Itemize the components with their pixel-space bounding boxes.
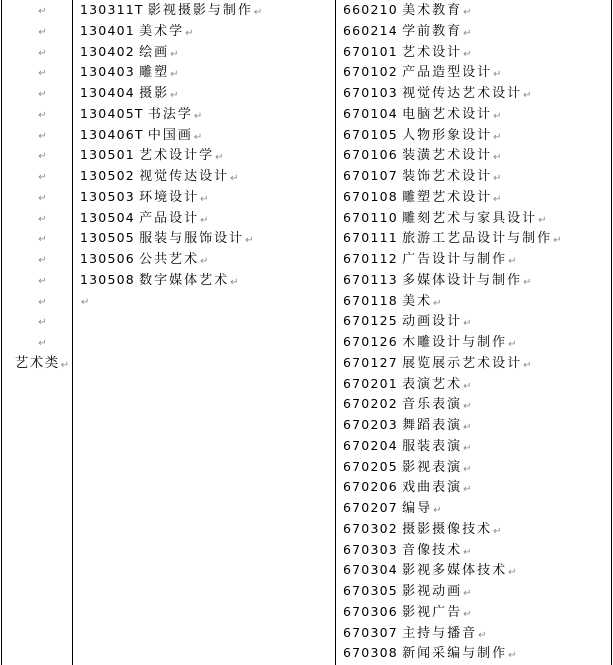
paragraph-mark-icon: ↵ [38, 48, 46, 59]
major-name: 舞蹈表演 [402, 418, 462, 433]
major-code: 670125 [343, 313, 398, 328]
major-table: ↵↵↵↵↵↵↵↵↵↵↵↵↵↵↵↵↵艺术类↵ 130311T 影视摄影与制作↵13… [0, 0, 613, 665]
paragraph-mark-icon: ↵ [38, 68, 46, 79]
empty-paragraph-row: ↵ [2, 83, 72, 104]
major-name: 美术 [402, 294, 432, 309]
paragraph-mark-icon: ↵ [493, 152, 501, 163]
paragraph-mark-icon: ↵ [538, 215, 546, 226]
major-row: 670118 美术↵ [336, 291, 611, 312]
undergraduate-major-column: 130311T 影视摄影与制作↵130401 美术学↵130402 绘画↵130… [73, 0, 335, 311]
vocational-major-column: 660210 美术教育↵660214 学前教育↵670101 艺术设计↵6701… [336, 0, 611, 664]
major-row: 670304 影视多媒体技术↵ [336, 560, 611, 581]
major-code: 670113 [343, 272, 398, 287]
major-name: 多媒体设计与制作 [402, 273, 522, 288]
major-row: 670111 旅游工艺品设计与制作↵ [336, 228, 611, 249]
empty-paragraph-row: ↵ [2, 0, 72, 21]
paragraph-mark-icon: ↵ [493, 194, 501, 205]
major-name: 艺术设计 [402, 45, 462, 60]
major-row: 670205 影视表演↵ [336, 457, 611, 478]
major-name: 电脑艺术设计 [402, 107, 492, 122]
major-row: 130505 服装与服饰设计↵ [73, 228, 335, 249]
major-name: 旅游工艺品设计与制作 [402, 231, 552, 246]
empty-paragraph-row: ↵ [2, 270, 72, 291]
major-code: 670307 [343, 625, 398, 640]
major-code: 670302 [343, 521, 398, 536]
empty-paragraph-row: ↵ [2, 291, 72, 312]
paragraph-mark-icon: ↵ [463, 401, 471, 412]
major-code: 670305 [343, 583, 398, 598]
paragraph-mark-icon: ↵ [463, 381, 471, 392]
major-code: 670203 [343, 417, 398, 432]
paragraph-mark-icon: ↵ [38, 276, 46, 287]
major-code: 670112 [343, 251, 398, 266]
major-row: 660214 学前教育↵ [336, 21, 611, 42]
paragraph-mark-icon: ↵ [230, 277, 238, 288]
major-row: 670103 视觉传达艺术设计↵ [336, 83, 611, 104]
major-row: 670105 人物形象设计↵ [336, 125, 611, 146]
empty-paragraph-row: ↵ [2, 104, 72, 125]
empty-paragraph-row: ↵ [2, 125, 72, 146]
paragraph-mark-icon: ↵ [61, 360, 69, 371]
major-row: 670207 编导↵ [336, 498, 611, 519]
major-row: 670302 摄影摄像技术↵ [336, 519, 611, 540]
paragraph-mark-icon: ↵ [194, 132, 202, 143]
major-code: 670201 [343, 376, 398, 391]
paragraph-mark-icon: ↵ [463, 609, 471, 620]
major-name: 视觉传达艺术设计 [402, 86, 522, 101]
major-code: 670107 [343, 168, 398, 183]
major-code: 130508 [80, 272, 135, 287]
major-name: 雕塑艺术设计 [402, 190, 492, 205]
major-row: 670307 主持与播音↵ [336, 623, 611, 644]
empty-paragraph-row: ↵ [2, 21, 72, 42]
major-code: 670127 [343, 355, 398, 370]
paragraph-mark-icon: ↵ [463, 318, 471, 329]
empty-paragraph-row: ↵ [2, 42, 72, 63]
major-name: 装饰艺术设计 [402, 169, 492, 184]
major-code: 660214 [343, 23, 398, 38]
paragraph-mark-icon: ↵ [493, 111, 501, 122]
major-row: 670101 艺术设计↵ [336, 42, 611, 63]
paragraph-mark-icon: ↵ [523, 277, 531, 288]
major-name: 编导 [402, 501, 432, 516]
paragraph-mark-icon: ↵ [38, 89, 46, 100]
major-code: 670207 [343, 500, 398, 515]
major-row: 670303 音像技术↵ [336, 540, 611, 561]
empty-paragraph-row: ↵ [2, 311, 72, 332]
major-row: 130405T 书法学↵ [73, 104, 335, 125]
paragraph-mark-icon: ↵ [170, 90, 178, 101]
empty-paragraph-row: ↵ [2, 62, 72, 83]
major-name: 艺术设计学 [139, 148, 214, 163]
major-code: 670204 [343, 438, 398, 453]
paragraph-mark-icon: ↵ [38, 151, 46, 162]
major-code: 130403 [80, 64, 135, 79]
major-name: 影视表演 [402, 460, 462, 475]
paragraph-mark-icon: ↵ [508, 567, 516, 578]
category-label: 艺术类 [15, 355, 60, 371]
paragraph-mark-icon: ↵ [38, 338, 46, 349]
empty-paragraph-row: ↵ [2, 208, 72, 229]
major-code: 130503 [80, 189, 135, 204]
major-row: 670201 表演艺术↵ [336, 374, 611, 395]
major-name: 人物形象设计 [402, 128, 492, 143]
paragraph-mark-icon: ↵ [200, 256, 208, 267]
paragraph-mark-icon: ↵ [463, 7, 471, 18]
major-name: 广告设计与制作 [402, 252, 507, 267]
major-row: 670102 产品造型设计↵ [336, 62, 611, 83]
major-code: 670205 [343, 459, 398, 474]
major-row: 670308 新闻采编与制作↵ [336, 643, 611, 664]
major-name: 视觉传达设计 [139, 169, 229, 184]
paragraph-mark-icon: ↵ [553, 235, 561, 246]
major-row: 670110 雕刻艺术与家具设计↵ [336, 208, 611, 229]
major-code: 670105 [343, 127, 398, 142]
paragraph-mark-icon: ↵ [38, 317, 46, 328]
major-name: 数字媒体艺术 [139, 273, 229, 288]
empty-paragraph-row: ↵ [2, 187, 72, 208]
empty-paragraph-row: ↵ [2, 145, 72, 166]
major-name: 音乐表演 [402, 397, 462, 412]
major-row: 130506 公共艺术↵ [73, 249, 335, 270]
major-name: 木雕设计与制作 [402, 335, 507, 350]
major-name: 产品设计 [139, 211, 199, 226]
paragraph-mark-icon: ↵ [200, 215, 208, 226]
category-column: ↵↵↵↵↵↵↵↵↵↵↵↵↵↵↵↵↵艺术类↵ [2, 0, 72, 374]
paragraph-mark-icon: ↵ [433, 298, 441, 309]
paragraph-mark-icon: ↵ [38, 297, 46, 308]
major-code: 670202 [343, 396, 398, 411]
paragraph-mark-icon: ↵ [463, 49, 471, 60]
major-name: 雕刻艺术与家具设计 [402, 211, 537, 226]
major-name: 中国画 [148, 128, 193, 143]
major-name: 美术学 [139, 24, 184, 39]
empty-paragraph-row: ↵ [2, 249, 72, 270]
major-code: 130505 [80, 230, 135, 245]
major-name: 影视广告 [402, 605, 462, 620]
paragraph-mark-icon: ↵ [38, 27, 46, 38]
paragraph-mark-icon: ↵ [463, 464, 471, 475]
major-name: 影视动画 [402, 584, 462, 599]
major-row: 670125 动画设计↵ [336, 311, 611, 332]
major-name: 装潢艺术设计 [402, 148, 492, 163]
major-name: 绘画 [139, 45, 169, 60]
major-row: 660210 美术教育↵ [336, 0, 611, 21]
paragraph-mark-icon: ↵ [230, 173, 238, 184]
major-row: 130403 雕塑↵ [73, 62, 335, 83]
major-row: 670107 装饰艺术设计↵ [336, 166, 611, 187]
paragraph-mark-icon: ↵ [463, 484, 471, 495]
major-row: 130404 摄影↵ [73, 83, 335, 104]
major-name: 主持与播音 [402, 626, 477, 641]
major-name: 新闻采编与制作 [402, 646, 507, 661]
paragraph-mark-icon: ↵ [508, 256, 516, 267]
major-row: 670106 装潢艺术设计↵ [336, 145, 611, 166]
paragraph-mark-icon: ↵ [170, 49, 178, 60]
major-row: 670203 舞蹈表演↵ [336, 415, 611, 436]
empty-paragraph-row: ↵ [2, 228, 72, 249]
major-name: 展览展示艺术设计 [402, 356, 522, 371]
major-row: 670108 雕塑艺术设计↵ [336, 187, 611, 208]
empty-paragraph-row: ↵ [2, 166, 72, 187]
major-code: 660210 [343, 2, 398, 17]
empty-paragraph-row: ↵ [2, 332, 72, 353]
major-code: 670206 [343, 479, 398, 494]
major-code: 670126 [343, 334, 398, 349]
paragraph-mark-icon: ↵ [463, 547, 471, 558]
paragraph-mark-icon: ↵ [38, 6, 46, 17]
major-name: 公共艺术 [139, 252, 199, 267]
major-code: 670108 [343, 189, 398, 204]
paragraph-mark-icon: ↵ [493, 173, 501, 184]
major-row: 130311T 影视摄影与制作↵ [73, 0, 335, 21]
major-code: 130504 [80, 210, 135, 225]
major-name: 服装表演 [402, 439, 462, 454]
major-code: 670306 [343, 604, 398, 619]
paragraph-mark-icon: ↵ [508, 650, 516, 661]
major-row: 670104 电脑艺术设计↵ [336, 104, 611, 125]
major-code: 670103 [343, 85, 398, 100]
major-row: ↵ [73, 291, 335, 312]
major-code: 670303 [343, 542, 398, 557]
major-code: 670104 [343, 106, 398, 121]
major-row: 670113 多媒体设计与制作↵ [336, 270, 611, 291]
major-row: 670306 影视广告↵ [336, 602, 611, 623]
major-code: 130311T [80, 2, 144, 17]
major-row: 670204 服装表演↵ [336, 436, 611, 457]
major-name: 学前教育 [402, 24, 462, 39]
paragraph-mark-icon: ↵ [245, 235, 253, 246]
paragraph-mark-icon: ↵ [463, 443, 471, 454]
paragraph-mark-icon: ↵ [38, 172, 46, 183]
paragraph-mark-icon: ↵ [170, 69, 178, 80]
major-row: 670126 木雕设计与制作↵ [336, 332, 611, 353]
major-name: 美术教育 [402, 3, 462, 18]
major-row: 130508 数字媒体艺术↵ [73, 270, 335, 291]
major-code: 130404 [80, 85, 135, 100]
category-row: 艺术类↵ [2, 353, 72, 374]
major-row: 670202 音乐表演↵ [336, 394, 611, 415]
paragraph-mark-icon: ↵ [38, 131, 46, 142]
major-code: 670106 [343, 147, 398, 162]
major-row: 130406T 中国画↵ [73, 125, 335, 146]
paragraph-mark-icon: ↵ [38, 255, 46, 266]
paragraph-mark-icon: ↵ [38, 193, 46, 204]
major-name: 表演艺术 [402, 377, 462, 392]
major-name: 服装与服饰设计 [139, 231, 244, 246]
major-code: 130405T [80, 106, 144, 121]
paragraph-mark-icon: ↵ [254, 7, 262, 18]
paragraph-mark-icon: ↵ [200, 194, 208, 205]
major-name: 环境设计 [139, 190, 199, 205]
paragraph-mark-icon: ↵ [463, 28, 471, 39]
major-code: 130506 [80, 251, 135, 266]
paragraph-mark-icon: ↵ [81, 297, 89, 308]
major-name: 产品造型设计 [402, 65, 492, 80]
major-row: 670206 戏曲表演↵ [336, 477, 611, 498]
major-code: 130502 [80, 168, 135, 183]
paragraph-mark-icon: ↵ [478, 630, 486, 641]
paragraph-mark-icon: ↵ [38, 234, 46, 245]
major-name: 雕塑 [139, 65, 169, 80]
major-code: 670110 [343, 210, 398, 225]
major-row: 130502 视觉传达设计↵ [73, 166, 335, 187]
major-name: 影视摄影与制作 [148, 3, 253, 18]
major-name: 动画设计 [402, 314, 462, 329]
major-row: 670305 影视动画↵ [336, 581, 611, 602]
paragraph-mark-icon: ↵ [463, 422, 471, 433]
major-code: 670304 [343, 562, 398, 577]
major-code: 670118 [343, 293, 398, 308]
paragraph-mark-icon: ↵ [493, 526, 501, 537]
major-name: 戏曲表演 [402, 480, 462, 495]
major-row: 130401 美术学↵ [73, 21, 335, 42]
major-row: 130504 产品设计↵ [73, 208, 335, 229]
table-border-right [611, 0, 612, 665]
major-code: 670111 [343, 230, 398, 245]
major-name: 影视多媒体技术 [402, 563, 507, 578]
major-code: 130406T [80, 127, 144, 142]
major-name: 音像技术 [402, 543, 462, 558]
major-name: 摄影 [139, 86, 169, 101]
major-name: 摄影摄像技术 [402, 522, 492, 537]
major-code: 670102 [343, 64, 398, 79]
major-row: 130503 环境设计↵ [73, 187, 335, 208]
paragraph-mark-icon: ↵ [433, 505, 441, 516]
paragraph-mark-icon: ↵ [194, 111, 202, 122]
major-row: 130501 艺术设计学↵ [73, 145, 335, 166]
paragraph-mark-icon: ↵ [185, 28, 193, 39]
major-name: 书法学 [148, 107, 193, 122]
major-code: 670101 [343, 44, 398, 59]
major-code: 130501 [80, 147, 135, 162]
paragraph-mark-icon: ↵ [463, 588, 471, 599]
paragraph-mark-icon: ↵ [215, 152, 223, 163]
paragraph-mark-icon: ↵ [493, 132, 501, 143]
paragraph-mark-icon: ↵ [523, 360, 531, 371]
major-code: 130401 [80, 23, 135, 38]
paragraph-mark-icon: ↵ [523, 90, 531, 101]
paragraph-mark-icon: ↵ [508, 339, 516, 350]
major-row: 130402 绘画↵ [73, 42, 335, 63]
paragraph-mark-icon: ↵ [493, 69, 501, 80]
paragraph-mark-icon: ↵ [38, 110, 46, 121]
major-code: 670308 [343, 645, 398, 660]
major-row: 670112 广告设计与制作↵ [336, 249, 611, 270]
major-row: 670127 展览展示艺术设计↵ [336, 353, 611, 374]
major-code: 130402 [80, 44, 135, 59]
paragraph-mark-icon: ↵ [38, 214, 46, 225]
